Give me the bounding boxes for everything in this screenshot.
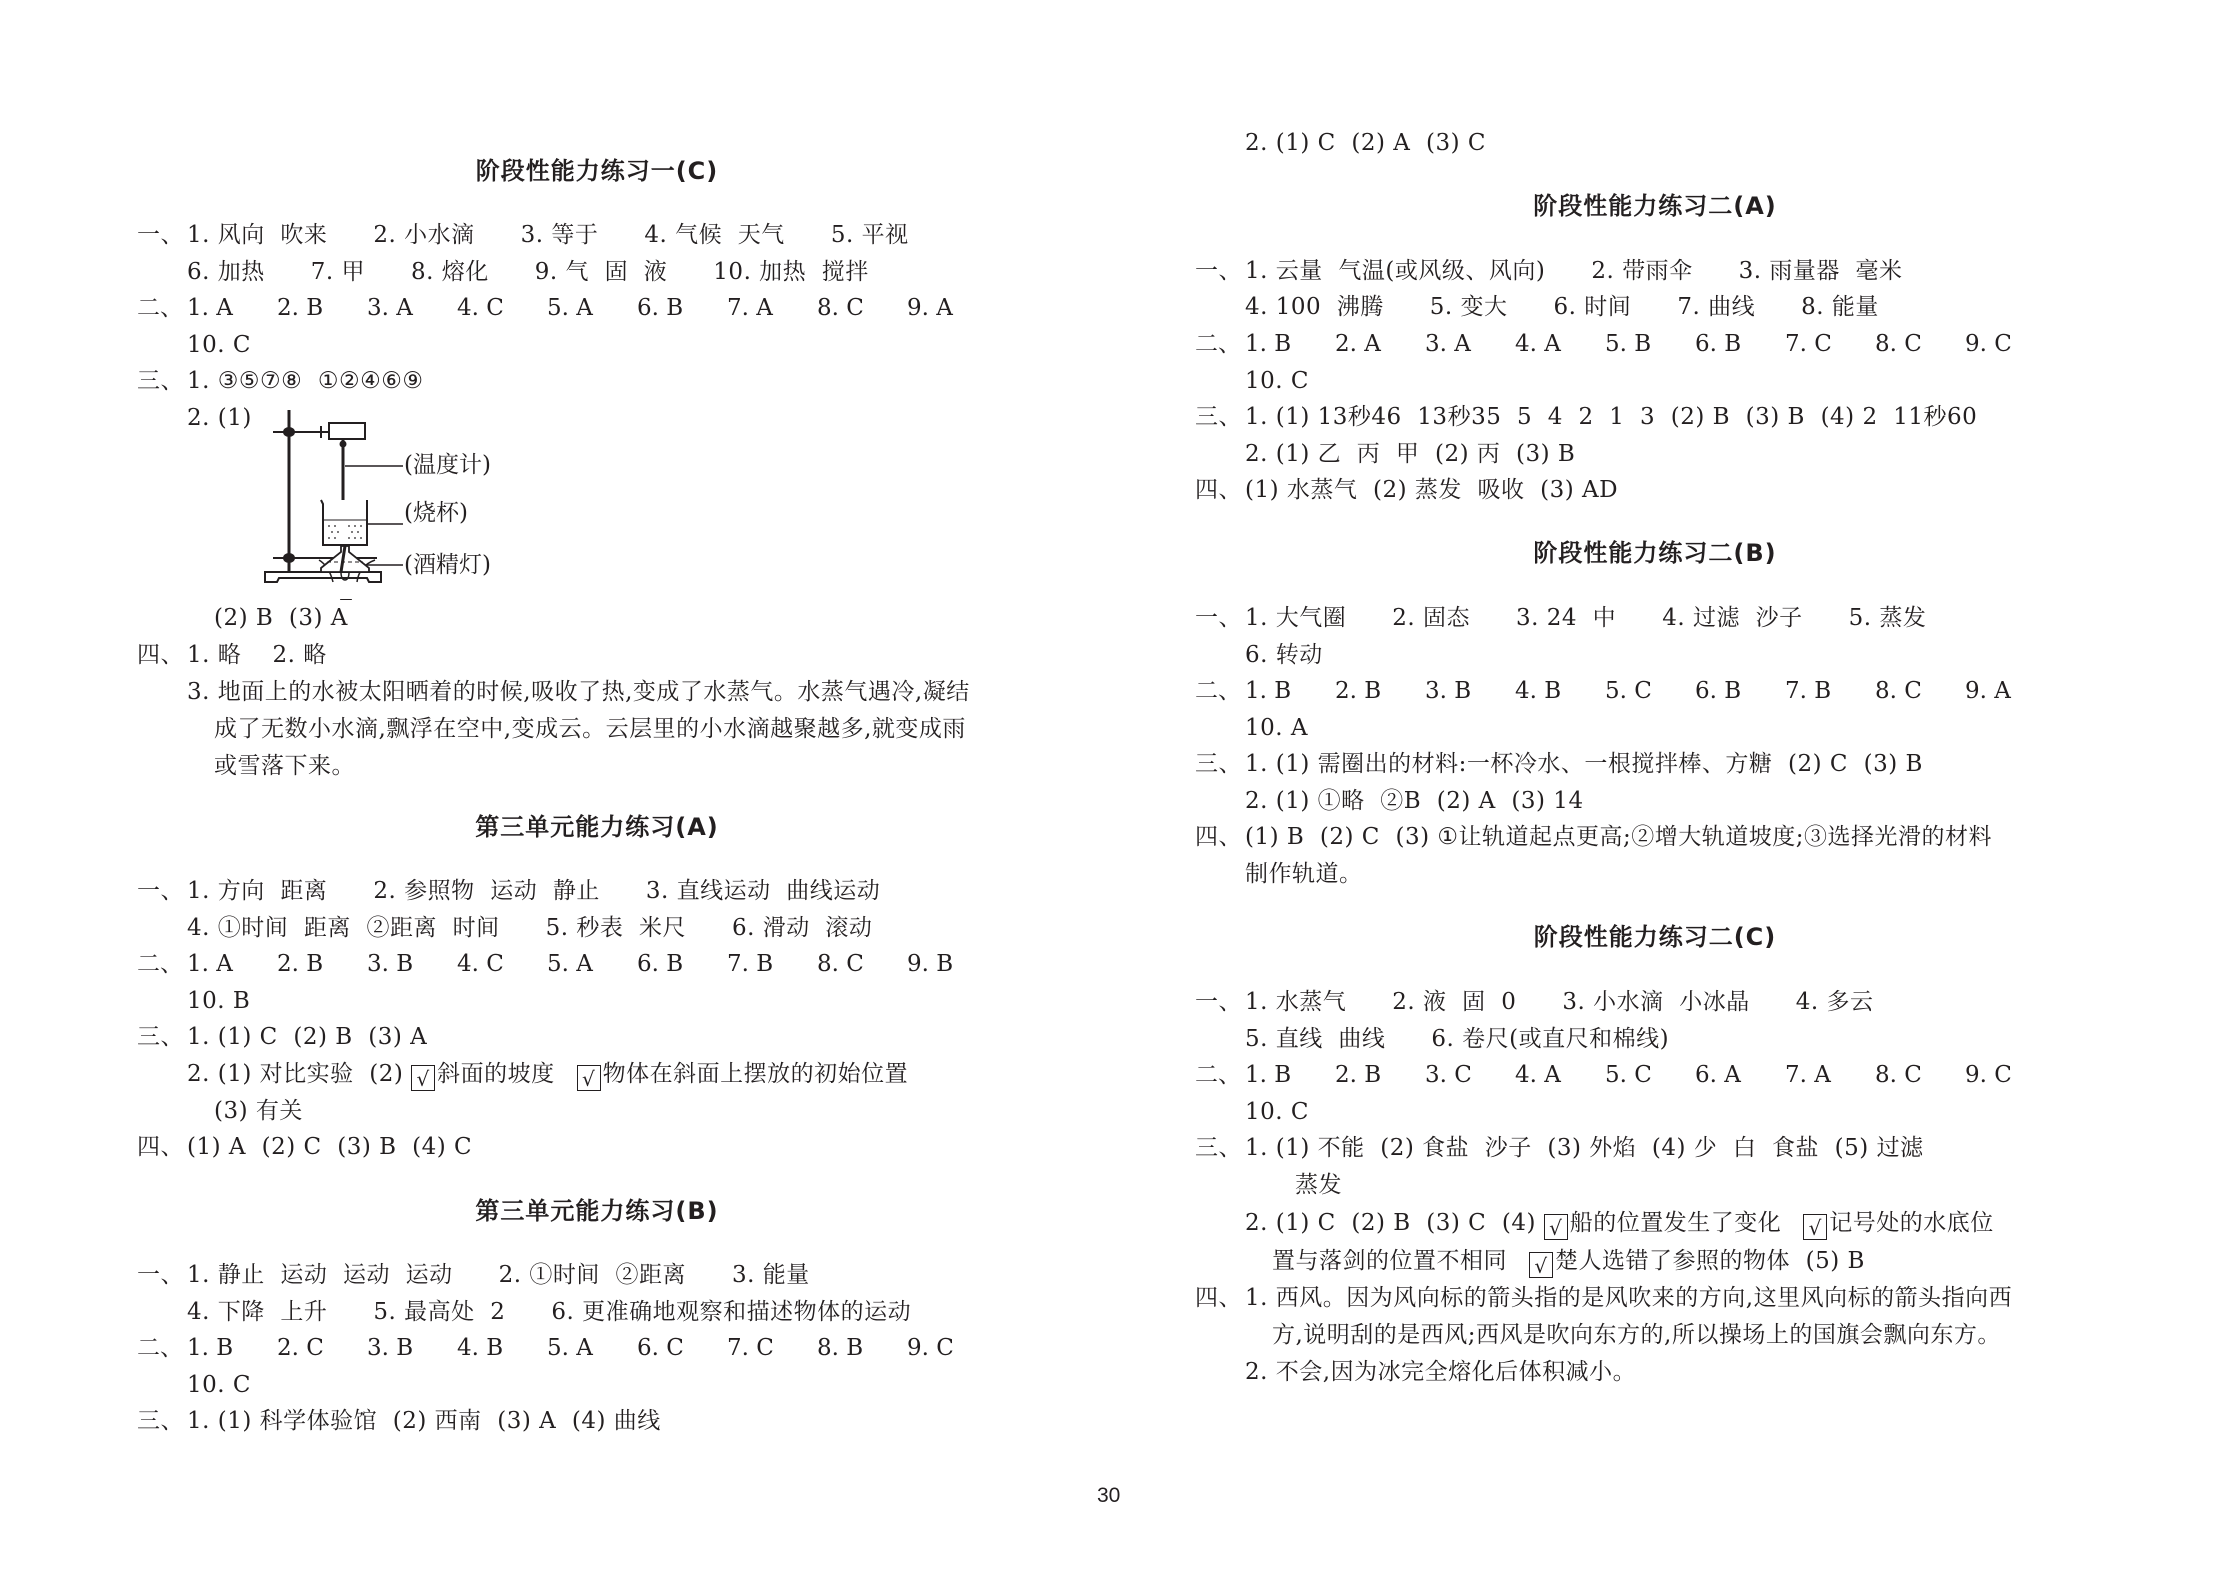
essay-line: 方,说明刮的是西风;西风是吹向东方的,所以操场上的国旗会飘向东方。 bbox=[1272, 1320, 2001, 1350]
essay-line: 2. 不会,因为冰完全熔化后体积减小。 bbox=[1245, 1357, 1636, 1387]
inquiry-q2-rest: (2) B (3) A bbox=[214, 603, 348, 633]
section-label: 三、 bbox=[1195, 1133, 1245, 1163]
essay-line: 制作轨道。 bbox=[1245, 859, 1363, 889]
section-title: 第三单元能力练习(A) bbox=[137, 812, 1057, 842]
choice-answer: 10. B bbox=[187, 986, 250, 1016]
section-label: 三、 bbox=[137, 1022, 187, 1052]
section-label: 四、 bbox=[1195, 822, 1245, 852]
page-number: 30 bbox=[1097, 1484, 1120, 1508]
alcohol-lamp-label: (酒精灯) bbox=[404, 550, 491, 580]
choice-answers: 二、1. B2. A3. A4. A5. B6. B7. C8. C9. C bbox=[1195, 329, 2055, 359]
essay-paragraph-line: 或雪落下来。 bbox=[214, 751, 355, 781]
choice-answer: 10. C bbox=[187, 330, 251, 360]
section-title: 阶段性能力练习二(A) bbox=[1195, 191, 2115, 221]
choice-answers: 二、1. B2. B3. B4. B5. C6. B7. B8. C9. A bbox=[1195, 676, 2055, 706]
choice-answer: 10. A bbox=[1245, 713, 1308, 743]
choice-answer: 10. C bbox=[1245, 1097, 1309, 1127]
fill-blank-line: 一、1. 风向 吹来2. 小水滴3. 等于4. 气候 天气5. 平视 bbox=[137, 220, 909, 250]
section-label: 三、 bbox=[1195, 402, 1245, 432]
fill-blank-line: 4. ①时间 距离 ②距离 时间5. 秒表 米尺6. 滑动 滚动 bbox=[187, 913, 872, 943]
fill-blank-line: 一、1. 方向 距离2. 参照物 运动 静止3. 直线运动 曲线运动 bbox=[137, 876, 880, 906]
choice-answers: 二、1. A2. B3. B4. C5. A6. B7. B8. C9. B bbox=[137, 949, 997, 979]
fill-blank-line: 6. 加热7. 甲8. 熔化9. 气 固 液10. 加热 搅拌 bbox=[187, 257, 869, 287]
section-label: 四、 bbox=[1195, 1283, 1245, 1313]
inquiry-line: 2. (1) 乙 丙 甲 (2) 丙 (3) B bbox=[1245, 439, 1575, 469]
choice-answers: 二、1. B2. B3. C4. A5. C6. A7. A8. C9. C bbox=[1195, 1060, 2055, 1090]
check-box-icon: √ bbox=[1803, 1214, 1827, 1240]
section-label: 二、 bbox=[1195, 676, 1245, 706]
inquiry-line: 三、1. (1) 需圈出的材料:一杯冷水、一根搅拌棒、方糖 (2) C (3) … bbox=[1195, 749, 1923, 779]
essay-line: 四、1. 略 2. 略 bbox=[137, 640, 327, 670]
inquiry-line: 三、1. (1) 科学体验馆 (2) 西南 (3) A (4) 曲线 bbox=[137, 1406, 661, 1436]
inquiry-line: (3) 有关 bbox=[214, 1096, 303, 1126]
check-box-icon: √ bbox=[411, 1065, 435, 1091]
choice-answers: 二、1. B2. C3. B4. B5. A6. C7. C8. B9. C bbox=[137, 1333, 997, 1363]
check-box-icon: √ bbox=[1544, 1214, 1568, 1240]
section-label: 三、 bbox=[1195, 749, 1245, 779]
fill-blank-line: 一、1. 云量 气温(或风级、风向)2. 带雨伞3. 雨量器 毫米 bbox=[1195, 256, 1902, 286]
section-label: 一、 bbox=[137, 876, 187, 906]
continued-answer: 2. (1) C (2) A (3) C bbox=[1245, 128, 1486, 158]
section-label: 四、 bbox=[1195, 475, 1245, 505]
inquiry-line: 三、1. (1) 13秒46 13秒35 5 4 2 1 3 (2) B (3)… bbox=[1195, 402, 1977, 432]
inquiry-line: 置与落剑的位置不相同√楚人选错了参照的物体 (5) B bbox=[1272, 1246, 1865, 1278]
section-label: 二、 bbox=[1195, 329, 1245, 359]
fill-blank-line: 4. 100 沸腾5. 变大6. 时间7. 曲线8. 能量 bbox=[1245, 292, 1879, 322]
section-label: 三、 bbox=[137, 366, 187, 396]
fill-blank-line: 一、1. 大气圈2. 固态3. 24 中4. 过滤 沙子5. 蒸发 bbox=[1195, 603, 1926, 633]
essay-paragraph-line: 3. 地面上的水被太阳晒着的时候,吸收了热,变成了水蒸气。水蒸气遇冷,凝结 bbox=[187, 677, 970, 707]
section-label: 四、 bbox=[137, 1132, 187, 1162]
section-title: 阶段性能力练习二(B) bbox=[1195, 538, 2115, 568]
thermometer-label: (温度计) bbox=[404, 450, 491, 480]
inquiry-line: 2. (1) ①略 ②B (2) A (3) 14 bbox=[1245, 786, 1584, 816]
essay-line: 四、(1) 水蒸气 (2) 蒸发 吸收 (3) AD bbox=[1195, 475, 1618, 505]
fill-blank-line: 一、1. 水蒸气2. 液 固 03. 小水滴 小冰晶4. 多云 bbox=[1195, 987, 1874, 1017]
heating-apparatus-diagram: (温度计) (烧杯) (酒精灯) bbox=[263, 400, 523, 600]
answer-key-page: 阶段性能力练习一(C) 一、1. 风向 吹来2. 小水滴3. 等于4. 气候 天… bbox=[0, 0, 2220, 1571]
fill-blank-line: 一、1. 静止 运动 运动 运动2. ①时间 ②距离3. 能量 bbox=[137, 1260, 810, 1290]
section-label: 三、 bbox=[137, 1406, 187, 1436]
section-title: 第三单元能力练习(B) bbox=[137, 1196, 1057, 1226]
inquiry-line: 三、1. (1) 不能 (2) 食盐 沙子 (3) 外焰 (4) 少 白 食盐 … bbox=[1195, 1133, 1924, 1163]
section-label: 一、 bbox=[1195, 603, 1245, 633]
section-label: 一、 bbox=[137, 220, 187, 250]
inquiry-line: 2. (1) C (2) B (3) C (4) √船的位置发生了变化√记号处的… bbox=[1245, 1208, 1994, 1240]
essay-line: 四、1. 西风。因为风向标的箭头指的是风吹来的方向,这里风向标的箭头指向西 bbox=[1195, 1283, 2012, 1313]
essay-line: 四、(1) B (2) C (3) ①让轨道起点更高;②增大轨道坡度;③选择光滑… bbox=[1195, 822, 1992, 852]
fill-blank-line: 4. 下降 上升5. 最高处 26. 更准确地观察和描述物体的运动 bbox=[187, 1297, 911, 1327]
inquiry-line: 三、1. (1) C (2) B (3) A bbox=[137, 1022, 427, 1052]
essay-paragraph-line: 成了无数小水滴,飘浮在空中,变成云。云层里的小水滴越聚越多,就变成雨 bbox=[214, 714, 966, 744]
choice-answer: 10. C bbox=[187, 1370, 251, 1400]
choice-answers: 二、1. A2. B3. A4. C5. A6. B7. A8. C9. A bbox=[137, 293, 997, 323]
section-label: 二、 bbox=[137, 1333, 187, 1363]
section-label: 二、 bbox=[137, 949, 187, 979]
section-label: 一、 bbox=[1195, 987, 1245, 1017]
section-label: 二、 bbox=[1195, 1060, 1245, 1090]
fill-blank-line: 5. 直线 曲线6. 卷尺(或直尺和棉线) bbox=[1245, 1024, 1669, 1054]
essay-line: 四、(1) A (2) C (3) B (4) C bbox=[137, 1132, 472, 1162]
section-title: 阶段性能力练习一(C) bbox=[137, 156, 1057, 186]
section-label: 一、 bbox=[1195, 256, 1245, 286]
beaker-label: (烧杯) bbox=[404, 498, 468, 528]
check-box-icon: √ bbox=[577, 1065, 601, 1091]
section-label: 一、 bbox=[137, 1260, 187, 1290]
check-box-icon: √ bbox=[1529, 1252, 1553, 1278]
inquiry-line: 蒸发 bbox=[1295, 1170, 1342, 1200]
section-label: 四、 bbox=[137, 640, 187, 670]
section-label: 二、 bbox=[137, 293, 187, 323]
section-title: 阶段性能力练习二(C) bbox=[1195, 922, 2115, 952]
choice-answer: 10. C bbox=[1245, 366, 1309, 396]
fill-blank-line: 6. 转动 bbox=[1245, 640, 1323, 670]
inquiry-line: 三、1. ③⑤⑦⑧ ①②④⑥⑨ bbox=[137, 366, 423, 396]
inquiry-line: 2. (1) 对比实验 (2) √斜面的坡度√物体在斜面上摆放的初始位置 bbox=[187, 1059, 908, 1091]
inquiry-q2-prefix: 2. (1) bbox=[187, 403, 252, 433]
